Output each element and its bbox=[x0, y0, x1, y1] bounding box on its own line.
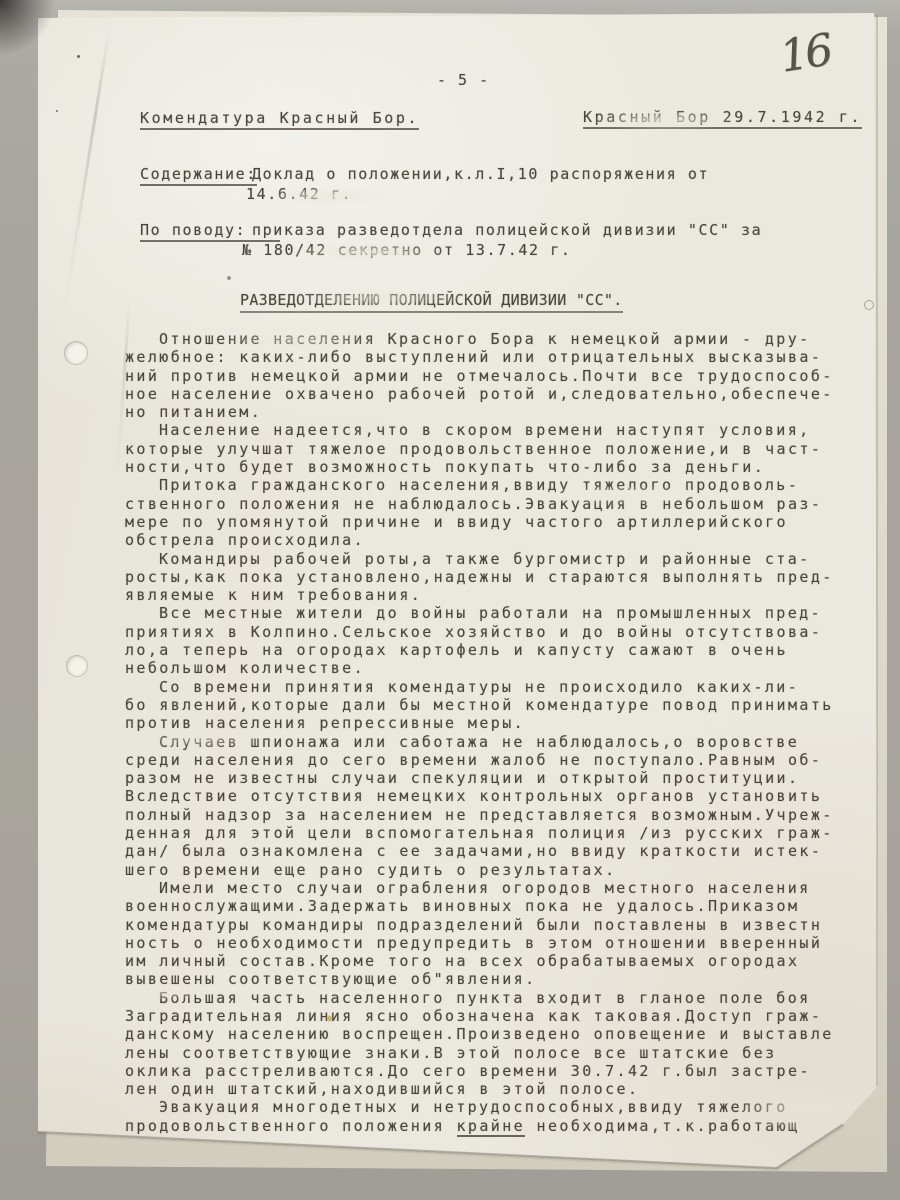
body-line: Заградительная линия ясно обозначена как… bbox=[125, 1007, 887, 1025]
body-text-segment: вывешены соответствующие об"явления. bbox=[125, 970, 537, 988]
paper-crease bbox=[61, 26, 111, 323]
body-line: им личный состав.Кроме того на всех обра… bbox=[125, 952, 887, 970]
paper-speck bbox=[227, 276, 231, 280]
paper-speck bbox=[327, 1016, 332, 1021]
body-line: ное население охвачено рабочей ротой и,с… bbox=[125, 385, 887, 403]
body-line: вывешены соответствующие об"явления. bbox=[125, 970, 887, 988]
page-right-edge bbox=[876, 14, 878, 1086]
body-text-segment: обстрела происходила. bbox=[125, 531, 365, 549]
body-text-segment: Притока гражданского населения,ввиду тяж… bbox=[159, 476, 799, 494]
body-text-segment: которые улучшат тяжелое продовольственно… bbox=[125, 440, 822, 458]
body-line: Притока гражданского населения,ввиду тяж… bbox=[125, 476, 887, 494]
body-line: ность о необходимости предупредить в это… bbox=[125, 934, 887, 952]
body-text-segment: Командиры рабочей роты,а также бургомист… bbox=[159, 550, 811, 568]
body-line: обстрела происходила. bbox=[125, 531, 887, 549]
body-text-segment: им личный состав.Кроме того на всех обра… bbox=[125, 952, 799, 970]
body-text-segment: небольшом количестве. bbox=[125, 659, 365, 677]
body-line: приятиях в Колпино.Сельское хозяйство и … bbox=[125, 623, 887, 641]
body-line: военнослужащими.Задержать виновных пока … bbox=[125, 897, 887, 915]
body-text-segment: среди населения до сего времени жалоб не… bbox=[125, 751, 822, 769]
body-line: против населения репрессивные меры. bbox=[125, 714, 887, 732]
body-text-segment: лены соответствующие знаки.В этой полосе… bbox=[125, 1044, 777, 1062]
body-line: полный надзор за населением не представл… bbox=[125, 806, 887, 824]
body-text-segment: Вследствие отсутствия немецких контрольн… bbox=[125, 787, 822, 805]
body-text-segment: Население надеется,что в скором времени … bbox=[159, 421, 811, 439]
handwritten-mark: 16 bbox=[776, 24, 833, 82]
header-sender: Комендатура Красный Бор. bbox=[140, 109, 419, 130]
body-line: лены соответствующие знаки.В этой полосе… bbox=[125, 1044, 887, 1062]
body-line: разом не известны случаи спекуляции и от… bbox=[125, 769, 887, 787]
body-line: денная для этой цели вспомогательная пол… bbox=[125, 824, 887, 842]
body-line: ственного положения не наблюдалось.Эваку… bbox=[125, 495, 887, 513]
body-line: являемые к ним требования. bbox=[125, 586, 887, 604]
body-text-segment: шего времени еще рано судить о результат… bbox=[125, 861, 617, 879]
body-text-segment: необходима,т.к.работающ bbox=[525, 1117, 799, 1135]
body-text-segment: Эвакуация многодетных и нетрудоспособных… bbox=[159, 1098, 788, 1116]
paper-speck bbox=[864, 300, 874, 310]
body-line: ло,а теперь на огородах картофель и капу… bbox=[125, 641, 887, 659]
body-text-segment: но питанием. bbox=[125, 403, 262, 421]
body-text-segment: Отношение населения Красного Бора к неме… bbox=[159, 330, 811, 348]
body-line: Отношение населения Красного Бора к неме… bbox=[125, 330, 887, 348]
body-line: которые улучшат тяжелое продовольственно… bbox=[125, 440, 887, 458]
document-title: РАЗВЕДОТДЕЛЕНИЮ ПОЛИЦЕЙСКОЙ ДИВИЗИИ "СС"… bbox=[240, 291, 623, 313]
document-body: Отношение населения Красного Бора к неме… bbox=[125, 330, 887, 1135]
body-text-segment: лен один штатский,находившийся в этой по… bbox=[125, 1080, 639, 1098]
body-line: росты,как пока установлено,надежны и ста… bbox=[125, 568, 887, 586]
body-text-segment: являемые к ним требования. bbox=[125, 586, 422, 604]
body-text-segment: продовольственного положения bbox=[125, 1117, 457, 1135]
body-text-segment: ний против немецкой армии не отмечалось.… bbox=[125, 367, 834, 385]
paper-speck bbox=[56, 110, 58, 112]
body-text-segment: полный надзор за населением не представл… bbox=[125, 806, 834, 824]
body-text-segment: Имели место случаи ограбления огородов м… bbox=[159, 879, 811, 897]
body-line: ний против немецкой армии не отмечалось.… bbox=[125, 367, 887, 385]
body-line: дан/ была ознакомлена с ее задачами,но в… bbox=[125, 842, 887, 860]
regarding-line-2: № 180/42 секретно от 13.7.42 г. bbox=[242, 241, 572, 259]
body-text-segment: приятиях в Колпино.Сельское хозяйство и … bbox=[125, 623, 822, 641]
body-text-segment: военнослужащими.Задержать виновных пока … bbox=[125, 897, 799, 915]
body-text-segment: Случаев шпионажа или саботажа не наблюда… bbox=[159, 733, 799, 751]
header-place-date: Красный Бор 29.7.1942 г. bbox=[583, 108, 862, 129]
body-line: продовольственного положения крайне необ… bbox=[125, 1117, 887, 1135]
body-line: Большая часть населенного пункта входит … bbox=[125, 989, 887, 1007]
body-text-segment: Все местные жители до войны работали на … bbox=[159, 604, 822, 622]
subject-line-1: Доклад о положении,к.л.I,10 распоряжения… bbox=[252, 165, 709, 183]
body-line: Население надеется,что в скором времени … bbox=[125, 421, 887, 439]
body-text-segment: денная для этой цели вспомогательная пол… bbox=[125, 824, 834, 842]
underlined-word: крайне bbox=[457, 1117, 526, 1137]
page-number: - 5 - bbox=[437, 71, 490, 89]
body-line: шего времени еще рано судить о результат… bbox=[125, 861, 887, 879]
body-line: Эвакуация многодетных и нетрудоспособных… bbox=[125, 1098, 887, 1116]
regarding-line-1: приказа разведотдела полицейской дивизии… bbox=[252, 221, 762, 239]
body-line: Все местные жители до войны работали на … bbox=[125, 604, 887, 622]
scan-background: - 5 - 16 Комендатура Красный Бор. Красны… bbox=[0, 0, 900, 1200]
body-line: данскому населению воспрещен.Произведено… bbox=[125, 1025, 887, 1043]
body-line: желюбное: каких-либо выступлений или отр… bbox=[125, 348, 887, 366]
body-line: но питанием. bbox=[125, 403, 887, 421]
body-line: Со времени принятия комендатуры не проис… bbox=[125, 678, 887, 696]
body-text-segment: Заградительная линия ясно обозначена как… bbox=[125, 1007, 822, 1025]
body-text-segment: Со времени принятия комендатуры не проис… bbox=[159, 678, 799, 696]
body-text-segment: Большая часть населенного пункта входит … bbox=[159, 989, 811, 1007]
body-text-segment: ное население охвачено рабочей ротой и,с… bbox=[125, 385, 834, 403]
body-line: мере по упомянутой причине и ввиду часто… bbox=[125, 513, 887, 531]
body-text-segment: росты,как пока установлено,надежны и ста… bbox=[125, 568, 834, 586]
body-text-segment: дан/ была ознакомлена с ее задачами,но в… bbox=[125, 842, 822, 860]
body-text-segment: разом не известны случаи спекуляции и от… bbox=[125, 769, 799, 787]
body-text-segment: ности,что будет возможность покупать что… bbox=[125, 458, 765, 476]
subject-label: Содержание: bbox=[140, 165, 257, 186]
body-line: среди населения до сего времени жалоб не… bbox=[125, 751, 887, 769]
paper-speck bbox=[77, 55, 80, 58]
subject-line-2: 14.6.42 г. bbox=[246, 185, 352, 203]
punch-hole-mark bbox=[66, 655, 88, 677]
body-line: Вследствие отсутствия немецких контрольн… bbox=[125, 787, 887, 805]
body-line: ности,что будет возможность покупать что… bbox=[125, 458, 887, 476]
body-text-segment: мере по упомянутой причине и ввиду часто… bbox=[125, 513, 788, 531]
body-line: оклика расстреливаются.До сего времени 3… bbox=[125, 1062, 887, 1080]
body-text-segment: ственного положения не наблюдалось.Эваку… bbox=[125, 495, 822, 513]
body-line: Случаев шпионажа или саботажа не наблюда… bbox=[125, 733, 887, 751]
document-page: - 5 - 16 Комендатура Красный Бор. Красны… bbox=[0, 0, 900, 1200]
body-text-segment: комендатуры командиры подразделений были… bbox=[125, 916, 822, 934]
body-text-segment: оклика расстреливаются.До сего времени 3… bbox=[125, 1062, 811, 1080]
punch-hole-mark bbox=[64, 341, 88, 365]
body-text-segment: бо явлений,которые дали бы местной комен… bbox=[125, 696, 834, 714]
body-line: Командиры рабочей роты,а также бургомист… bbox=[125, 550, 887, 568]
body-text-segment: данскому населению воспрещен.Произведено… bbox=[125, 1025, 834, 1043]
body-line: небольшом количестве. bbox=[125, 659, 887, 677]
body-text-segment: ность о необходимости предупредить в это… bbox=[125, 934, 822, 952]
body-text-segment: ло,а теперь на огородах картофель и капу… bbox=[125, 641, 788, 659]
body-text-segment: против населения репрессивные меры. bbox=[125, 714, 525, 732]
body-line: лен один штатский,находившийся в этой по… bbox=[125, 1080, 887, 1098]
body-line: комендатуры командиры подразделений были… bbox=[125, 916, 887, 934]
body-line: Имели место случаи ограбления огородов м… bbox=[125, 879, 887, 897]
body-text-segment: желюбное: каких-либо выступлений или отр… bbox=[125, 348, 822, 366]
body-line: бо явлений,которые дали бы местной комен… bbox=[125, 696, 887, 714]
